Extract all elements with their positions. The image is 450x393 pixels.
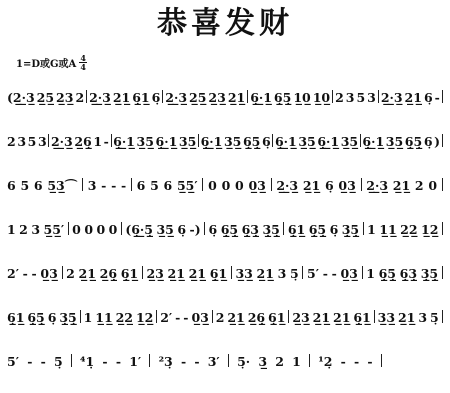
barline: [202, 178, 203, 191]
note-token: 2: [19, 223, 28, 237]
note-token: -: [181, 355, 186, 369]
barline: [71, 354, 72, 367]
barline: [149, 354, 150, 367]
note-token: 0: [97, 223, 106, 237]
note-token: (6̲̣·̲5̲̣: [125, 223, 153, 237]
note-token: 6̲̣1̲: [268, 311, 285, 325]
score-line: 6565̲3̲⌒3---6565̲5̲′0000̲3̲2̲·̲3̲2̲1̲6̣0…: [7, 176, 443, 193]
note-token: 6̲̣1̲: [353, 311, 370, 325]
barline: [374, 310, 375, 323]
note-token: 6̲̣5̲̣: [27, 311, 44, 325]
note-token: 6̲̣·̲1̲: [113, 135, 135, 149]
note-token: 6̲̣5̲̣: [221, 223, 238, 237]
barline: [86, 90, 87, 103]
note-token: ²3̣: [159, 355, 173, 369]
time-denominator: 4: [80, 63, 86, 71]
note-token: 5̣: [430, 311, 439, 325]
key-text: 1=D或G或A: [16, 55, 76, 70]
note-token: 6̣: [48, 311, 57, 325]
note-token: 2̲·̲3̲: [276, 179, 298, 193]
note-token: -: [101, 179, 106, 193]
note-token: 2̲1̲: [113, 91, 130, 105]
note-token: 3̲3̲: [235, 267, 252, 281]
barline: [381, 354, 382, 367]
note-token: 2̲6̲̣: [100, 267, 117, 281]
note-token: 6: [7, 179, 16, 193]
note-token: 3̲: [258, 355, 267, 369]
note-token: 5̲5̲′: [44, 223, 65, 237]
note-token: 0̲3̲: [191, 311, 208, 325]
score: (2̲·̲3̲2̲5̲2̲3̲22̲·̲3̲2̲1̲6̲̣1̲6̣2̲·̲3̲2…: [7, 88, 443, 369]
note-token: 6̲̣·̲1̲: [362, 135, 384, 149]
barline: [442, 178, 443, 191]
note-token: 2̲6̲̣: [74, 135, 91, 149]
barline: [442, 134, 443, 147]
note-token: 0: [235, 179, 244, 193]
note-token: 1̲1̲: [95, 311, 112, 325]
note-token: -: [27, 355, 32, 369]
note-token: 3: [367, 91, 376, 105]
note-token: 2̲1̲: [313, 311, 330, 325]
note-token: 0̲3̲: [40, 267, 57, 281]
note-token: -: [175, 311, 180, 325]
note-token: 2̲1̲: [303, 179, 320, 193]
note-token: 6̣: [262, 135, 271, 149]
note-token: 3̲5̲: [224, 135, 241, 149]
barline: [362, 266, 363, 279]
barline: [288, 310, 289, 323]
note-token: -: [323, 267, 328, 281]
note-token: 2′: [160, 311, 172, 325]
note-token: 0: [84, 223, 93, 237]
note-token: 6: [137, 179, 146, 193]
barline: [442, 222, 443, 235]
note-token: 2: [7, 135, 16, 149]
note-token: 6̲̣5̲̣: [405, 135, 422, 149]
barline: [228, 354, 229, 367]
note-token: 6̲̣5̲̣: [379, 267, 396, 281]
note-token: 3: [88, 179, 97, 193]
note-token: 1: [84, 311, 93, 325]
note-token: 2̲1̲: [257, 267, 274, 281]
note-token: ¹2̣: [318, 355, 332, 369]
note-token: 3̲5̲: [341, 135, 358, 149]
note-token: 0: [72, 223, 81, 237]
note-token: -: [183, 311, 188, 325]
note-token: 2̲·̲3̲: [366, 179, 388, 193]
note-token: 5̣: [54, 355, 63, 369]
note-token: -: [354, 355, 359, 369]
note-token: 6̲̣1̲: [121, 267, 138, 281]
note-token: 2: [66, 267, 75, 281]
note-token: 6: [34, 179, 43, 193]
note-token: 3̲5̲: [156, 223, 173, 237]
note-token: 3: [418, 311, 427, 325]
note-token: 6̲̣3̲̣: [242, 223, 259, 237]
barline: [80, 310, 81, 323]
note-token: 6̲̣5̲̣: [274, 91, 291, 105]
note-token: 1: [7, 223, 16, 237]
note-token: -: [332, 267, 337, 281]
barline: [361, 178, 362, 191]
barline: [442, 310, 443, 323]
barline: [48, 134, 49, 147]
note-token: 5̣·: [237, 355, 250, 369]
note-token: 6̣: [152, 91, 161, 105]
note-token: 6̲̣·̲1̲: [156, 135, 178, 149]
note-token: 2̲1̲: [398, 311, 415, 325]
barline: [378, 90, 379, 103]
note-token: 3̲5̲: [137, 135, 154, 149]
note-token: 3̲5̲: [298, 135, 315, 149]
note-token: ⁴1̣: [80, 355, 94, 369]
note-token: 1̲1̲: [379, 223, 396, 237]
score-line: 2′--0̲3̲22̲1̲2̲6̲̣6̲̣1̲2̲3̲2̲1̲2̲1̲6̲̣1̲…: [7, 264, 443, 281]
barline: [204, 222, 205, 235]
note-token: -: [116, 355, 121, 369]
barline: [162, 90, 163, 103]
note-token: 6̲̣5̲̣: [243, 135, 260, 149]
note-token: 3̲3̲: [378, 311, 395, 325]
note-token: 2̲1̲: [333, 311, 350, 325]
note-token: -: [32, 267, 37, 281]
note-token: 6̣: [330, 223, 339, 237]
note-token: 1: [366, 267, 375, 281]
note-token: 2̲3̲: [292, 311, 309, 325]
barline: [247, 90, 248, 103]
note-token: 1̲2̲: [421, 223, 438, 237]
note-token: 2̲2̲: [116, 311, 133, 325]
note-token: 2̲6̲̣: [248, 311, 265, 325]
note-token: 6̲̣·̲1̲: [317, 135, 339, 149]
score-line: (2̲·̲3̲2̲5̲2̲3̲22̲·̲3̲2̲1̲6̲̣1̲6̣2̲·̲3̲2…: [7, 88, 443, 105]
note-token: 3̲̣5̲̣: [342, 223, 359, 237]
note-token: 2̲1̲: [79, 267, 96, 281]
note-token: 1̲0̲: [313, 91, 330, 105]
note-token: -: [104, 135, 109, 149]
note-token: 2: [335, 91, 344, 105]
note-token: 6̲̣1̲: [210, 267, 227, 281]
note-token: -: [41, 355, 46, 369]
note-token: 3: [17, 135, 26, 149]
note-token: 6̲̣·̲1̲: [201, 135, 223, 149]
note-token: (2̲·̲3̲: [7, 91, 35, 105]
barline: [442, 90, 443, 103]
note-token: 3: [38, 135, 47, 149]
note-token: 3′: [208, 355, 220, 369]
note-token: -: [121, 179, 126, 193]
note-token: 5: [28, 135, 37, 149]
note-token: 2: [216, 311, 225, 325]
key-signature: 1=D或G或A 4 4: [16, 54, 450, 72]
barline: [360, 134, 361, 147]
note-token: 2̲·̲3̲: [381, 91, 403, 105]
barline: [82, 178, 83, 191]
barline: [442, 266, 443, 279]
note-token: 2: [75, 91, 84, 105]
score-line: 5′--5̣⁴1̣--1′²3̣--3′5̣·3̲21¹2̣---: [7, 352, 382, 369]
note-token: 6̲̣5̲̣: [309, 223, 326, 237]
note-token: -: [102, 355, 107, 369]
score-line: 1235̲5̲′0000(6̲̣·̲5̲̣3̲5̲6̣-)6̣6̲̣5̲̣6̲̣…: [7, 220, 443, 237]
note-token: 6̲̣1̲: [288, 223, 305, 237]
note-token: 2̲1̲: [189, 267, 206, 281]
note-token: 5′: [307, 267, 319, 281]
barline: [111, 134, 112, 147]
note-token: 2̲5̲: [37, 91, 54, 105]
note-token: 2̲3̲: [208, 91, 225, 105]
note-token: 2: [275, 355, 284, 369]
note-token: 1̲0̲: [293, 91, 310, 105]
note-token: 6̣: [325, 179, 334, 193]
note-token: 0̲3̲: [340, 267, 357, 281]
barline: [272, 134, 273, 147]
note-token: 2̲2̲: [400, 223, 417, 237]
note-token: 2̲1̲: [405, 91, 422, 105]
note-token: 6̲̣1̲: [132, 91, 149, 105]
note-token: 5: [20, 179, 29, 193]
barline: [332, 90, 333, 103]
note-token: 0: [428, 179, 437, 193]
note-token: 1′: [129, 355, 141, 369]
note-token: 3: [278, 267, 287, 281]
score-line: 23532̲·̲3̲2̲6̲̣1-6̲̣·̲1̲3̲5̲6̲̣·̲1̲3̲5̲6…: [7, 132, 443, 149]
note-token: -: [341, 355, 346, 369]
note-token: 1: [292, 355, 301, 369]
note-token: 5′: [7, 355, 19, 369]
note-token: 6̲̣1̲: [7, 311, 24, 325]
note-token: 2̲·̲3̲: [51, 135, 73, 149]
note-token: 3̲̣5̲̣: [59, 311, 76, 325]
note-token: 6̲̣3̲̣: [400, 267, 417, 281]
note-token: 2′: [7, 267, 19, 281]
note-token: 5̣: [290, 267, 299, 281]
note-token: 3: [346, 91, 355, 105]
barline: [363, 222, 364, 235]
note-token: 3: [31, 223, 40, 237]
barline: [68, 222, 69, 235]
song-title: 恭喜发财: [0, 6, 450, 42]
note-token: 2̲1̲: [168, 267, 185, 281]
note-token: 2̲1̲: [393, 179, 410, 193]
note-token: 2̲·̲3̲: [89, 91, 111, 105]
sheet-page: 恭喜发财 1=D或G或A 4 4 (2̲·̲3̲2̲5̲2̲3̲22̲·̲3̲2…: [0, 6, 450, 393]
note-token: 3̲5̲: [179, 135, 196, 149]
note-token: 6̣: [209, 223, 218, 237]
note-token: 2̲3̲: [56, 91, 73, 105]
note-token: 5̲3̲⌒: [47, 179, 77, 193]
note-token: -: [435, 91, 440, 105]
barline: [271, 178, 272, 191]
note-token: 1: [93, 135, 102, 149]
barline: [212, 310, 213, 323]
note-token: -: [367, 355, 372, 369]
note-token: -): [190, 223, 201, 237]
note-token: 5: [356, 91, 365, 105]
note-token: 6̣: [424, 135, 433, 149]
note-token: 2̲1̲: [228, 91, 245, 105]
barline: [309, 354, 310, 367]
barline: [62, 266, 63, 279]
note-token: 0̲3̲: [338, 179, 355, 193]
note-token: 0: [109, 223, 118, 237]
note-token: 2̲1̲: [227, 311, 244, 325]
barline: [131, 178, 132, 191]
note-token: 6̣: [177, 223, 186, 237]
note-token: 3̲5̲: [386, 135, 403, 149]
note-token: -: [194, 355, 199, 369]
barline: [121, 222, 122, 235]
barline: [302, 266, 303, 279]
barline: [283, 222, 284, 235]
note-token: 3̲̣5̲̣: [421, 267, 438, 281]
note-token: 0: [208, 179, 217, 193]
barline: [142, 266, 143, 279]
note-token: 2̲5̲: [189, 91, 206, 105]
note-token: 0̲3̲: [248, 179, 265, 193]
time-signature: 4 4: [79, 54, 87, 72]
barline: [156, 310, 157, 323]
note-token: 6: [164, 179, 173, 193]
score-line: 6̲̣1̲6̲̣5̲̣6̣3̲̣5̲̣11̲1̲2̲2̲1̲2̲2′--0̲3̲…: [7, 308, 443, 325]
note-token: 6̲̣·̲1̲: [275, 135, 297, 149]
note-token: 0: [222, 179, 231, 193]
barline: [231, 266, 232, 279]
note-token: 5̲5̲′: [177, 179, 198, 193]
note-token: -: [23, 267, 28, 281]
note-token: 2̲·̲3̲: [165, 91, 187, 105]
note-token: 2: [415, 179, 424, 193]
note-token: 5: [150, 179, 159, 193]
note-token: 6̣: [424, 91, 433, 105]
note-token: 1̲2̲: [136, 311, 153, 325]
note-token: 6̲̣·̲1̲: [250, 91, 272, 105]
note-token: 1: [367, 223, 376, 237]
note-token: 2̲3̲: [146, 267, 163, 281]
note-token: 3̲̣5̲̣: [262, 223, 279, 237]
note-token: ): [434, 135, 440, 149]
note-token: -: [111, 179, 116, 193]
barline: [198, 134, 199, 147]
